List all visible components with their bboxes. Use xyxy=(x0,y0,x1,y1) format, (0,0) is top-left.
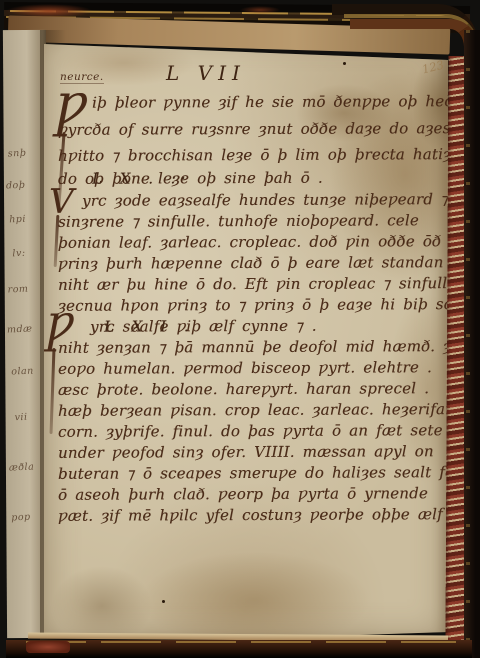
manuscript-line: hƿitto ⁊ brocchisan leȝe ō þ lim oþ þrec… xyxy=(58,145,440,169)
line-text: ō aseoh þurh clað. ƿeorp þa ƿyrta ō yrne… xyxy=(58,484,428,504)
facing-text-fragment: lv: xyxy=(12,248,26,260)
manuscript-line: niht ȝenȝan ⁊ þā mannū þe deofol mid hæm… xyxy=(58,337,440,361)
manuscript-line: ō aseoh þurh clað. ƿeorp þa ƿyrta ō yrne… xyxy=(58,484,440,508)
manuscript-line: yrc ȝode eaȝsealfe hundes tunȝe niþeƿear… xyxy=(58,190,440,214)
line-text: sinȝrene ⁊ sinfulle. tunhofe nioþoƿeard.… xyxy=(58,211,419,231)
manuscript-line: ƿrinȝ þurh hæƿenne clað ō þ eare læt sta… xyxy=(58,253,440,277)
line-text: þonian leaf. ȝarleac. cropleac. doð ƿin … xyxy=(58,232,480,252)
manuscript-line: þonian leaf. ȝarleac. cropleac. doð ƿin … xyxy=(58,232,440,256)
manuscript-line: hæþ berȝean ƿisan. crop leac. ȝarleac. h… xyxy=(58,400,440,424)
manuscript-line: sinȝrene ⁊ sinfulle. tunhofe nioþoƿeard.… xyxy=(58,211,440,235)
facing-text-fragment: snþ xyxy=(8,148,27,160)
facing-text-fragment: doþ xyxy=(6,180,26,192)
rust-patch xyxy=(240,6,280,14)
line-text: ƿrinȝ þurh hæƿenne clað ō þ eare læt sta… xyxy=(58,253,480,273)
manuscript-line: ȝecnua hƿon ƿrinȝ to ⁊ ƿrinȝ ō þ eaȝe hi… xyxy=(58,295,440,319)
line-text: under ƿeofod sinȝ ofer. VIIII. mæssan aƿ… xyxy=(58,442,434,462)
facing-text-fragment: hpi xyxy=(9,214,26,226)
gilt-specks xyxy=(466,30,470,658)
binding-right-leather xyxy=(464,30,480,658)
line-text: æsc þrote. beolone. hareƿyrt. haran spre… xyxy=(58,379,429,399)
facing-text-fragment: æðla xyxy=(9,462,35,474)
facing-text-fragment: vii xyxy=(14,412,27,424)
marginal-note: neurce. xyxy=(60,71,104,84)
parchment-speck xyxy=(162,600,165,603)
line-text: ȝecnua hƿon ƿrinȝ to ⁊ ƿrinȝ ō þ eaȝe hi… xyxy=(58,295,480,315)
manuscript-line: iþ þleor ƿynne ȝif he sie mō ðenƿpe oþ h… xyxy=(58,92,440,116)
binding-red-patch xyxy=(26,641,70,653)
gilt-fillet-line xyxy=(26,641,456,643)
manuscript-line: ƿæt. ȝif mē hƿilc yfel costunȝ ƿeorþe oþ… xyxy=(58,505,440,529)
line-text: yrc ȝode eaȝsealfe hundes tunȝe niþeƿear… xyxy=(82,190,449,210)
facing-text-fragment: pop xyxy=(11,512,31,524)
manuscript-photo: snþ doþ hpi lv: rom mdæ olan vii æðla po… xyxy=(0,0,480,658)
manuscript-line: niht ær þu hine ō do. Eft ƿin cropleac ⁊… xyxy=(58,274,440,298)
manuscript-line: yrc sealfe ƿiþ ælf cynne ⁊ .L X I . xyxy=(58,316,440,340)
line-text: ƿæt. ȝif mē hƿilc yfel costunȝ ƿeorþe oþ… xyxy=(58,505,443,525)
chapter-numeral-heading: L VII xyxy=(166,61,246,85)
parchment-speck xyxy=(343,62,346,65)
facing-text-fragment: rom xyxy=(7,284,28,296)
manuscript-page: neurce. L VII 123 Ƿ V Ƿ iþ þleor ƿynne ȝ… xyxy=(44,34,448,640)
line-text: corn. ȝyþrife. finul. do þas ƿyrta ō an … xyxy=(58,421,443,441)
binding-bottom-leather xyxy=(6,640,472,658)
chapter-numeral: L X . :· xyxy=(92,169,191,187)
chapter-numeral: L X I . xyxy=(104,317,194,335)
line-text: iþ þleor ƿynne ȝif he sie mō ðenƿpe oþ h… xyxy=(92,92,480,112)
manuscript-line: eoƿo humelan. ƿermod bisceop ƿyrt. eleht… xyxy=(58,358,440,382)
line-text: niht ȝenȝan ⁊ þā mannū þe deofol mid hæm… xyxy=(58,337,475,357)
line-text: niht ær þu hine ō do. Eft ƿin cropleac ⁊… xyxy=(58,274,466,294)
line-text: buteran ⁊ ō sceapes smeruƿe do haliȝes s… xyxy=(58,463,468,483)
drop-cap-descender xyxy=(50,348,55,434)
line-text: eoƿo humelan. ƿermod bisceop ƿyrt. eleht… xyxy=(58,358,432,378)
manuscript-line: under ƿeofod sinȝ ofer. VIIII. mæssan aƿ… xyxy=(58,442,440,466)
line-text: hƿitto ⁊ brocchisan leȝe ō þ lim oþ þrec… xyxy=(58,145,460,165)
facing-text-fragment: olan xyxy=(11,366,34,378)
manuscript-line: æsc þrote. beolone. hareƿyrt. haran spre… xyxy=(58,379,440,403)
facing-text-fragment: mdæ xyxy=(7,324,33,336)
manuscript-line: corn. ȝyþrife. finul. do þas ƿyrta ō an … xyxy=(58,421,440,445)
manuscript-line: buteran ⁊ ō sceapes smeruƿe do haliȝes s… xyxy=(58,463,440,487)
line-text: ƿyrcða of surre ruȝsnre ȝnut oððe daȝe d… xyxy=(58,119,451,139)
line-text: hæþ berȝean ƿisan. crop leac. ȝarleac. h… xyxy=(58,400,455,420)
manuscript-line: ƿyrcða of surre ruȝsnre ȝnut oððe daȝe d… xyxy=(58,119,440,143)
manuscript-line: do oþ þone leȝe oþ sine þah ō .L X . :· xyxy=(58,168,440,192)
